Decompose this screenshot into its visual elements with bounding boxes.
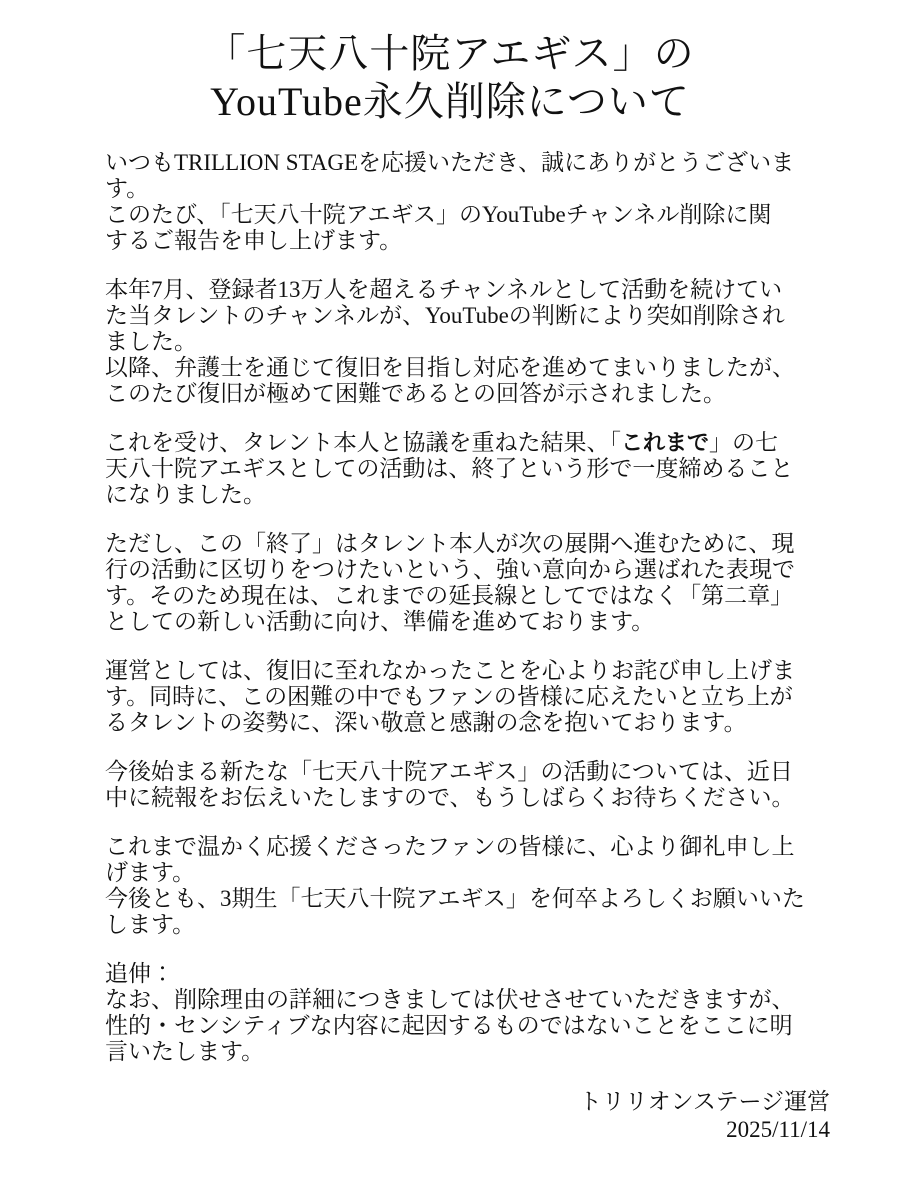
signature: トリリオンステージ運営 2025/11/14 [105, 1088, 830, 1144]
paragraph-chapter-two: ただし、この「終了」はタレント本人が次の展開へ進むために、現 行の活動に区切りを… [105, 531, 830, 635]
emphasis-text: これまで [621, 430, 709, 455]
paragraph-activity-end: これを受け、タレント本人と協議を重ねた結果、「これまで」の七 天八十院アエギスと… [105, 430, 830, 508]
paragraph-upcoming-news: 今後始まる新たな「七天八十院アエギス」の活動については、近日 中に続報をお伝えい… [105, 759, 830, 811]
announcement-body: いつもTRILLION STAGEを応援いただき、誠にありがとうございま す。 … [0, 150, 900, 1144]
paragraph-thanks: これまで温かく応援くださったファンの皆様に、心より御礼申し上 げます。 今後とも… [105, 834, 830, 938]
paragraph-greeting: いつもTRILLION STAGEを応援いただき、誠にありがとうございま す。 … [105, 150, 830, 254]
paragraph-segment-before: これを受け、タレント本人と協議を重ねた結果、「 [105, 430, 621, 455]
paragraph-postscript: 追伸： なお、削除理由の詳細につきましては伏せさせていただきますが、 性的・セン… [105, 961, 830, 1065]
paragraph-apology: 運営としては、復旧に至れなかったことを心よりお詫び申し上げま す。同時に、この困… [105, 658, 830, 736]
paragraph-deletion-report: 本年7月、登録者13万人を超えるチャンネルとして活動を続けてい た当タレントのチ… [105, 277, 830, 407]
signature-author: トリリオンステージ運営 [105, 1088, 830, 1116]
signature-date: 2025/11/14 [105, 1116, 830, 1144]
announcement-page: 「七天八十院アエギス」の YouTube永久削除について いつもTRILLION… [0, 0, 900, 1200]
page-title: 「七天八十院アエギス」の YouTube永久削除について [0, 30, 900, 126]
